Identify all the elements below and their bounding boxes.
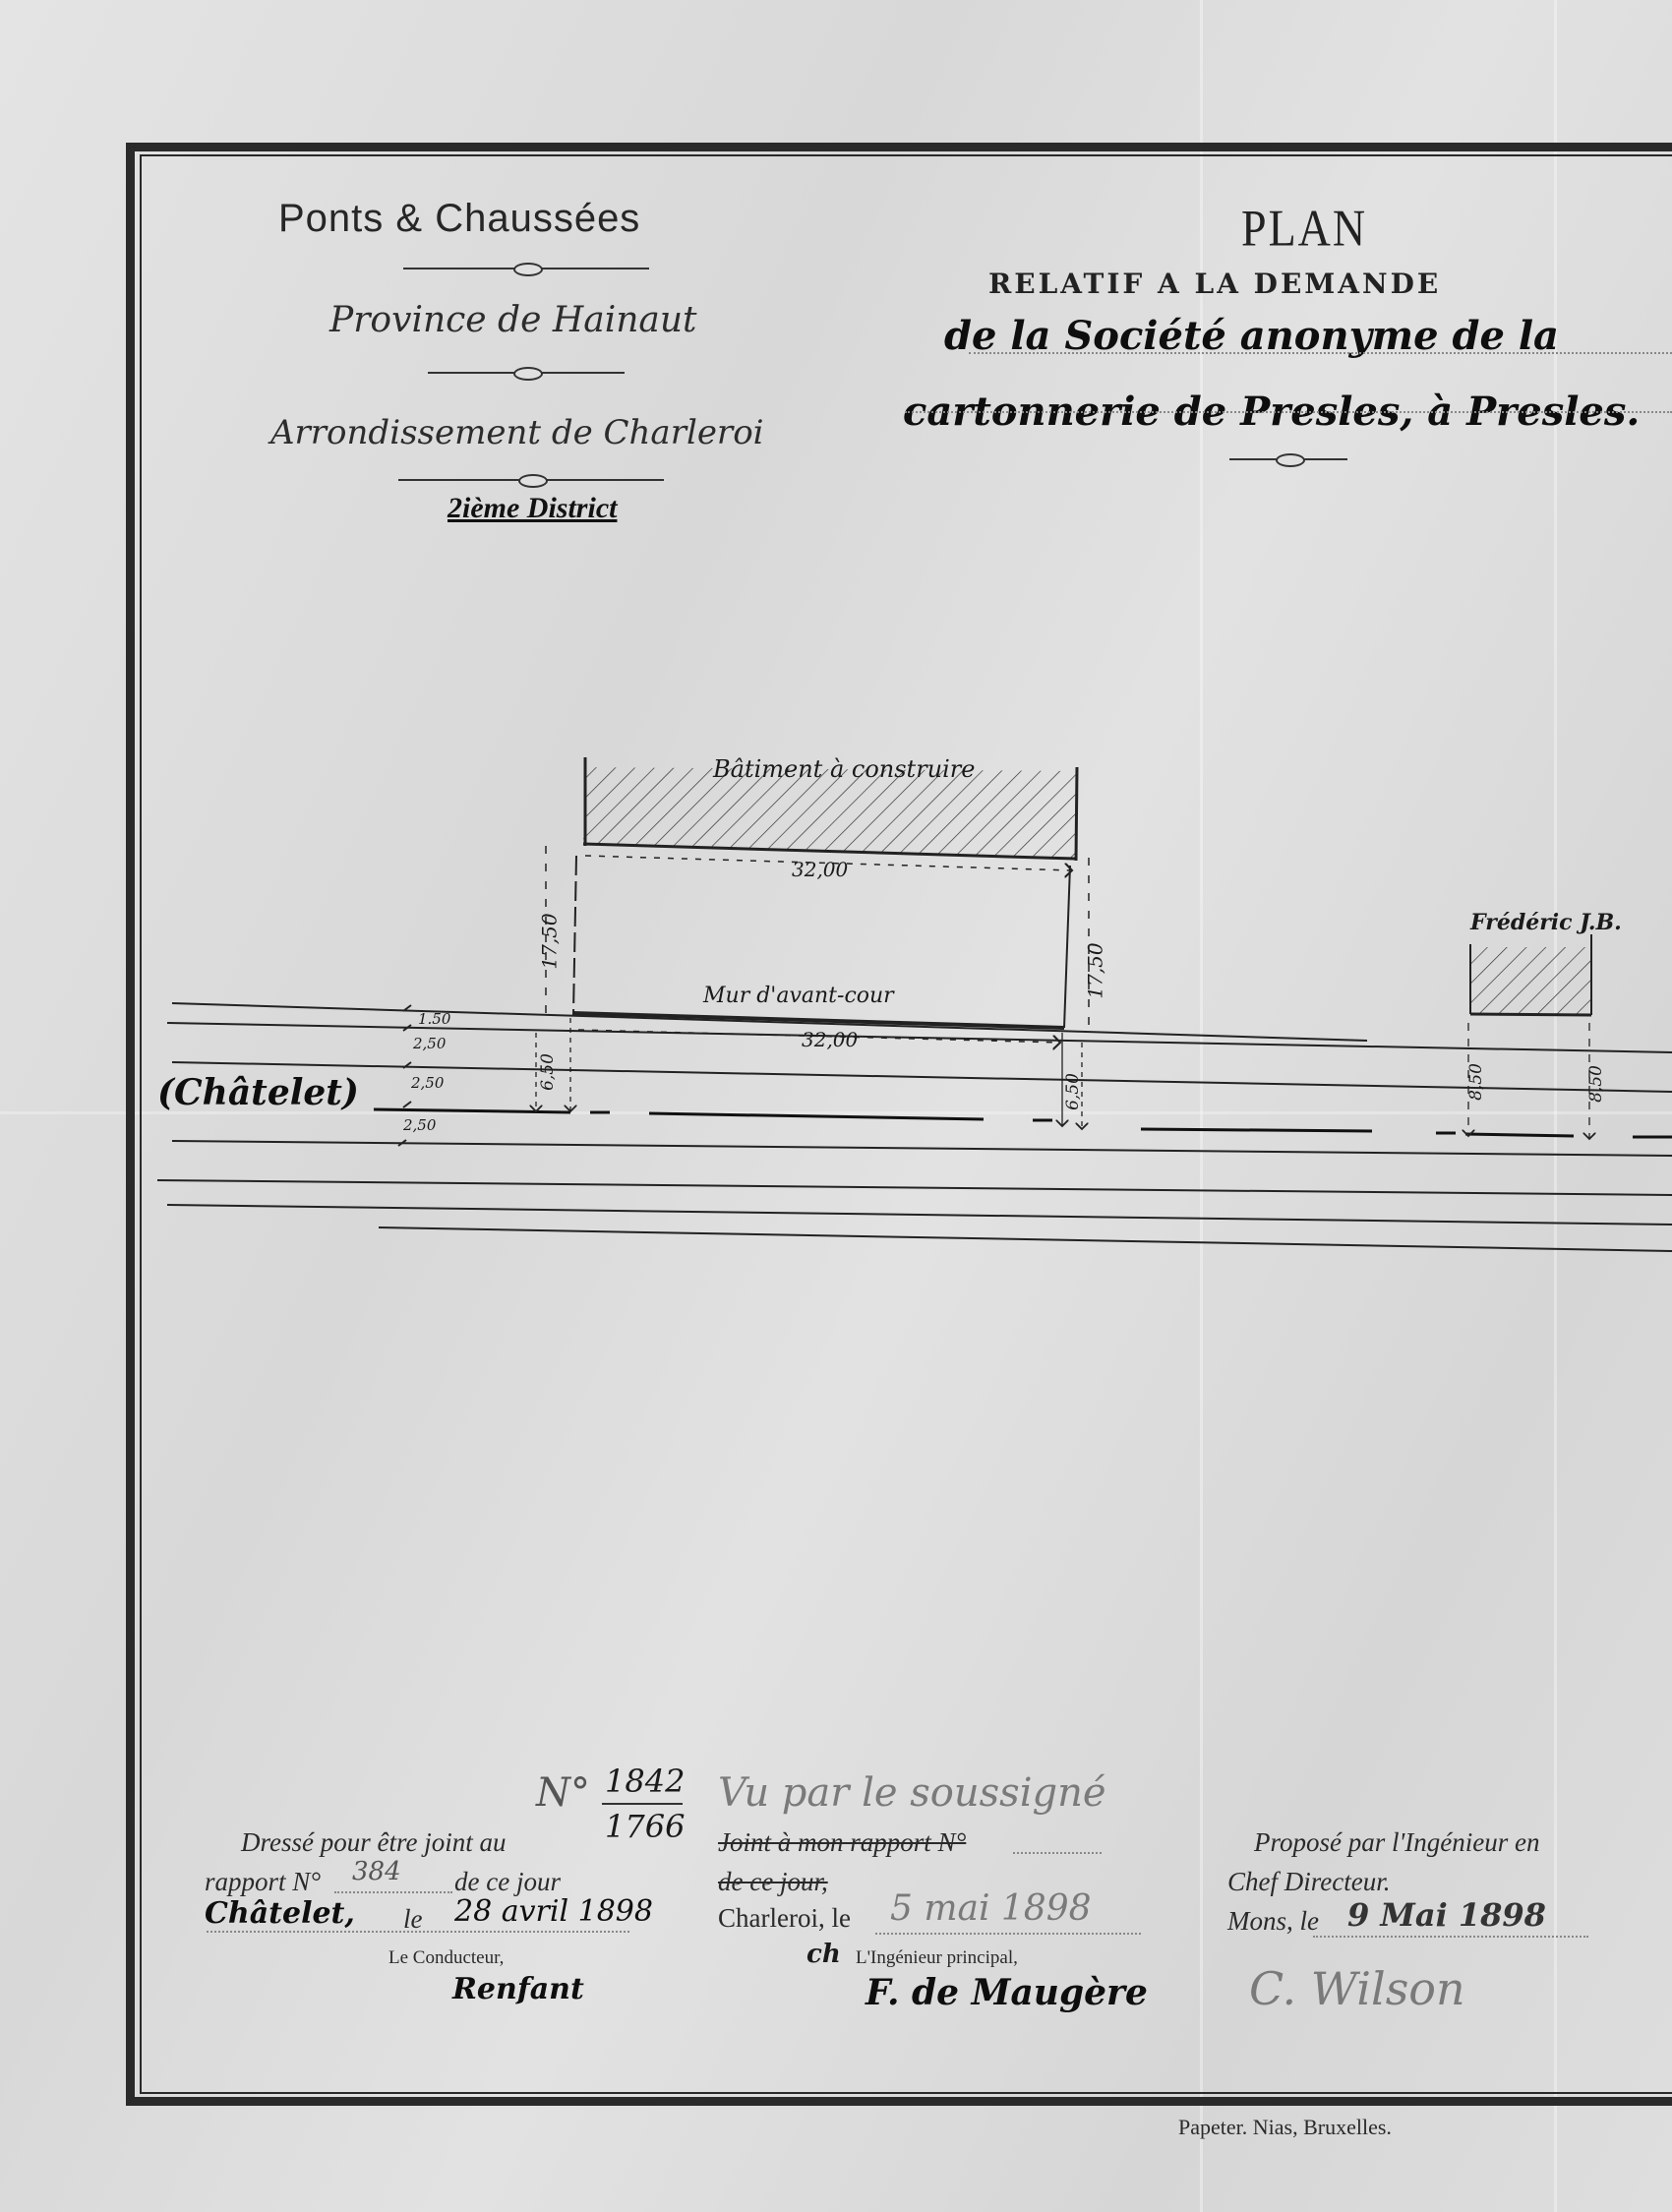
col3-date: 9 Mai 1898: [1347, 1896, 1546, 1934]
col2-struck-line2: de ce jour,: [718, 1867, 828, 1897]
dim-setback-left: 6,50: [538, 1053, 558, 1091]
road-offset-4: 2,50: [403, 1116, 436, 1134]
col1-signature: Renfant: [452, 1972, 584, 2006]
col1-line2-prefix: rapport N°: [205, 1867, 321, 1897]
place-label-chatelet: (Châtelet): [157, 1072, 359, 1113]
col2-signature: F. de Maugère: [866, 1972, 1148, 2013]
dotted-rule: [334, 1891, 452, 1893]
wall-label: Mur d'avant-cour: [703, 984, 894, 1008]
dim-width-top: 32,00: [792, 858, 848, 881]
neighbour-label: Frédéric J.B.: [1470, 910, 1622, 935]
col1-line2-suffix: de ce jour: [454, 1867, 561, 1897]
dotted-rule: [875, 1933, 1141, 1935]
dim-width-bottom: 32,00: [802, 1028, 858, 1051]
dotted-rule: [1313, 1936, 1588, 1938]
dim-depth-right: 17,50: [1084, 942, 1107, 998]
dotted-rule: [207, 1931, 629, 1933]
reference-number-bottom: 1766: [605, 1808, 685, 1845]
col1-place: Châtelet,: [205, 1896, 355, 1931]
col2-role-prefix: ch: [806, 1940, 841, 1969]
dotted-rule: [1013, 1852, 1102, 1854]
road-offset-2: 2,50: [413, 1035, 446, 1052]
dim-setback-right: 6,50: [1063, 1073, 1083, 1110]
col2-place-prefix: Charleroi, le: [718, 1903, 851, 1934]
dim-depth-left: 17,50: [538, 913, 562, 969]
reference-prefix: N°: [536, 1770, 590, 1816]
fraction-bar: [602, 1803, 683, 1805]
col3-line1: Proposé par l'Ingénieur en: [1254, 1827, 1539, 1858]
reference-number-top: 1842: [605, 1763, 685, 1800]
printer-imprint: Papeter. Nias, Bruxelles.: [1178, 2115, 1392, 2140]
col3-signature: C. Wilson: [1249, 1962, 1465, 2015]
road-offset-1: 1.50: [418, 1010, 450, 1028]
col2-heading: Vu par le soussigné: [718, 1770, 1106, 1816]
col1-date: 28 avril 1898: [454, 1894, 653, 1929]
road-offset-3: 2,50: [411, 1074, 444, 1092]
col1-role: Le Conducteur,: [388, 1947, 504, 1969]
col2-date: 5 mai 1898: [890, 1888, 1092, 1929]
col2-struck-line1: Joint à mon rapport N°: [718, 1827, 966, 1858]
col3-place-prefix: Mons, le: [1227, 1906, 1319, 1937]
neighbour-setback-right: 8,50: [1586, 1065, 1606, 1103]
col1-report-number: 384: [352, 1857, 401, 1886]
col1-line1: Dressé pour être joint au: [241, 1827, 506, 1858]
neighbour-setback-left: 8,50: [1466, 1063, 1486, 1101]
col2-role: L'Ingénieur principal,: [856, 1947, 1018, 1969]
building-label: Bâtiment à construire: [713, 755, 975, 783]
col3-line2: Chef Directeur.: [1227, 1867, 1390, 1897]
